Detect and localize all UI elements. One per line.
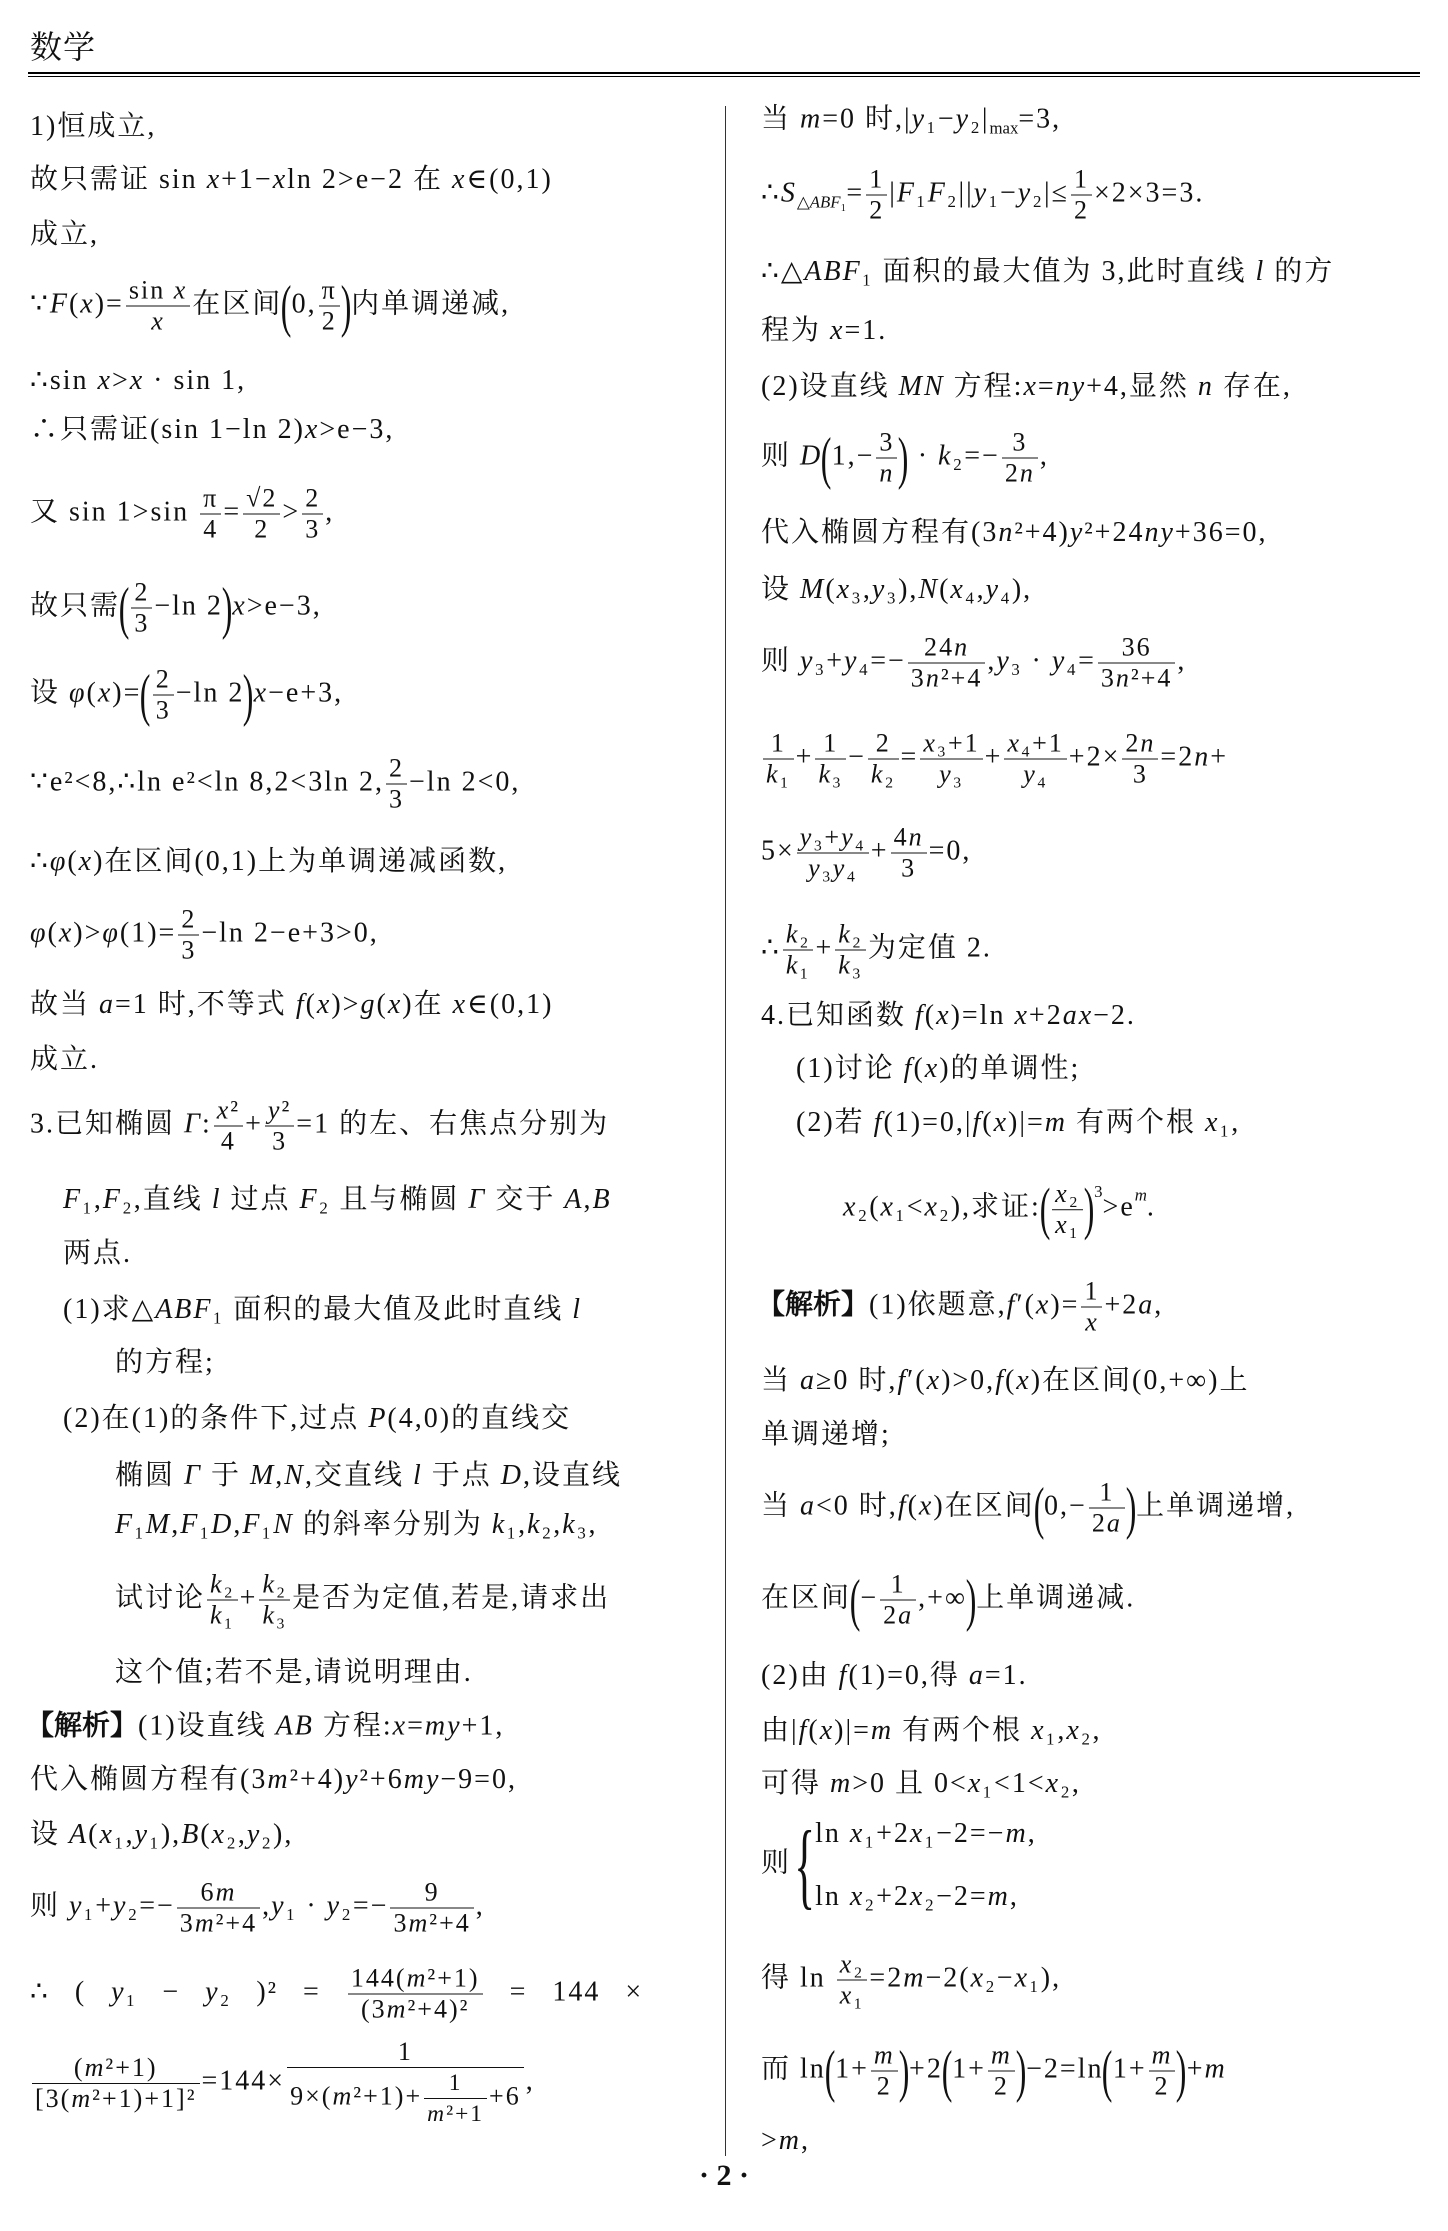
big-paren: ) <box>1084 1180 1096 1238</box>
fraction: m2 <box>1149 2041 1176 2102</box>
solution-line: 代入椭圆方程有(3m²+4)y²+6my−9=0, <box>30 1760 517 1800</box>
problem-4-part-1: (1)讨论 f(x)的单调性; <box>796 1049 1080 1089</box>
fraction: √22 <box>243 484 280 545</box>
text-run: , <box>1177 645 1186 676</box>
problem-3-part-2: 这个值;若不是,请说明理由. <box>115 1653 473 1693</box>
solution-line: 故只需(23−ln 2)x>e−3, <box>30 578 322 639</box>
fraction: 2k₂ <box>868 729 899 790</box>
text-run: , <box>1040 440 1049 471</box>
text-run: 则 y₃+y₄=− <box>761 645 906 676</box>
text-run: = 144 × <box>510 1976 644 2007</box>
fraction: x²4 <box>214 1096 243 1157</box>
big-paren: ) <box>1176 2042 1188 2100</box>
text-run: 由|f(x)|=m 有两个根 x₁,x₂, <box>761 1715 1102 1746</box>
fraction: 12a <box>880 1570 916 1631</box>
big-paren: ( <box>281 277 293 335</box>
text-run: 设 φ(x)= <box>30 677 141 708</box>
solution-line: 单调递增; <box>761 1415 891 1455</box>
fraction: sin xx <box>126 276 190 337</box>
numerator: 2 <box>131 578 152 609</box>
text-run: =144× <box>202 2065 286 2096</box>
column-divider <box>725 106 726 2156</box>
problem-4-part-2: (2)若 f(1)=0,|f(x)|=m 有两个根 x₁, <box>796 1103 1240 1143</box>
big-paren: ( <box>119 579 131 637</box>
text-run: 当 m=0 时,|y₁−y₂| <box>761 104 989 135</box>
problem-3-stem: F₁,F₂,直线 l 过点 F₂ 且与椭圆 Γ 交于 A,B <box>63 1180 612 1220</box>
solution-line: 则 y₁+y₂=−6m3m²+4,y₁ · y₂=−93m²+4, <box>30 1878 485 1939</box>
denominator: 3 <box>178 936 199 966</box>
text-run: 两点. <box>63 1238 132 1269</box>
solution-line: 当 a≥0 时,f′(x)>0,f(x)在区间(0,+∞)上 <box>761 1361 1249 1401</box>
fraction: 23 <box>153 665 174 726</box>
text-run: 1,− <box>832 440 875 471</box>
text-run: −ln 2 <box>176 677 245 708</box>
big-paren: ) <box>966 1571 978 1629</box>
denominator: 2a <box>1089 1509 1125 1539</box>
text-run: φ(x)>φ(1)= <box>30 917 176 948</box>
text-run: 椭圆 Γ 于 M,N,交直线 l 于点 D,设直线 <box>115 1460 622 1491</box>
fraction: 1k₁ <box>763 729 794 790</box>
analysis-line: 【解析】(1)设直线 AB 方程:x=my+1, <box>26 1706 504 1747</box>
text-run: ,y₃ · y₄= <box>987 645 1096 676</box>
text-run: 内单调递减, <box>351 288 510 319</box>
denominator: 2 <box>866 196 887 226</box>
numerator: 1 <box>866 165 887 196</box>
text-run: 设 M(x₃,y₃),N(x₄,y₄), <box>761 574 1032 605</box>
problem-3-part-1: 的方程; <box>115 1343 215 1383</box>
text-run: ∴φ(x)在区间(0,1)上为单调递减函数, <box>30 846 507 877</box>
text-run: 0,− <box>1044 1490 1087 1521</box>
solution-line: 设 A(x₁,y₁),B(x₂,y₂), <box>30 1815 293 1855</box>
numerator: k₂ <box>783 920 814 951</box>
numerator: x₂ <box>837 1950 868 1981</box>
text-run: 1+ <box>1113 2053 1147 2084</box>
text-run: 又 sin 1>sin <box>30 496 198 527</box>
big-paren: ( <box>140 666 152 724</box>
text-run: 可得 m>0 且 0<x₁<1<x₂, <box>761 1768 1081 1799</box>
text-run: =0, <box>929 835 972 866</box>
denominator: 3 <box>1122 760 1158 790</box>
text-run: 故当 a=1 时,不等式 f(x)>g(x)在 x∈(0,1) <box>30 989 553 1020</box>
header-rule-thin <box>28 76 1420 77</box>
big-paren: ( <box>942 2042 954 2100</box>
solution-line: 又 sin 1>sin π4=√22>23, <box>30 484 334 545</box>
fraction: 2n3 <box>1122 729 1158 790</box>
denominator: k₁ <box>783 951 814 981</box>
numerator: 1 <box>815 729 846 760</box>
numerator: (m²+1) <box>32 2053 200 2084</box>
solution-line: 设 M(x₃,y₃),N(x₄,y₄), <box>761 570 1032 610</box>
denominator: k₃ <box>835 951 866 981</box>
numerator: √2 <box>243 484 280 515</box>
fraction: 23 <box>302 484 323 545</box>
denominator: 3 <box>386 785 407 815</box>
big-paren: ) <box>1126 1479 1138 1537</box>
solution-line: >m, <box>761 2121 810 2161</box>
solution-line: ∴ ( y₁ − y₂ )² = 144(m²+1)(3m²+4)² = 144… <box>30 1964 643 2025</box>
denominator: 9×(m²+1)+1m²+1+6 <box>287 2068 524 2129</box>
solution-line: ∵F(x)=sin xx在区间(0,π2)内单调递减, <box>30 276 510 337</box>
numerator: x² <box>214 1096 243 1127</box>
fraction: k₂k₃ <box>835 920 866 981</box>
header-rule-thick <box>28 72 1420 74</box>
text-run: +6 <box>489 2081 521 2110</box>
numerator: 6m <box>177 1878 260 1909</box>
text-run: (2)设直线 MN 方程:x=ny+4,显然 n 存在, <box>761 371 1292 402</box>
text-run: (1)讨论 f(x)的单调性; <box>796 1053 1080 1084</box>
denominator: 4 <box>214 1127 243 1157</box>
text-run: 在区间 <box>761 1582 851 1613</box>
text-run: , <box>526 2065 535 2096</box>
text-run: ×2×3=3. <box>1094 177 1204 208</box>
solution-line: φ(x)>φ(1)=23−ln 2−e+3>0, <box>30 905 379 966</box>
text-run: 5× <box>761 835 795 866</box>
solution-line: ∴S△ABF₁=12|F₁F₂||y₁−y₂|≤12×2×3=3. <box>761 165 1204 226</box>
big-paren: ( <box>1102 2042 1114 2100</box>
solution-line: 成立, <box>30 215 99 255</box>
left-brace: { <box>794 1817 816 1913</box>
subject-title: 数学 <box>30 22 96 68</box>
text-run: + <box>240 1582 258 1613</box>
nested-fraction: 1m²+1 <box>424 2068 487 2129</box>
text-run: ∴△ABF₁ 面积的最大值为 3,此时直线 l 的方 <box>761 256 1334 287</box>
big-paren: ( <box>1033 1479 1045 1537</box>
text-run: ,y₁ · y₂=− <box>262 1890 388 1921</box>
text-run: 1+ <box>952 2053 986 2084</box>
text-run: 上单调递增, <box>1136 1490 1295 1521</box>
big-paren: ) <box>222 579 234 637</box>
analysis-label: 【解析】 <box>26 1709 138 1742</box>
text-run: +2 <box>909 2053 943 2084</box>
text-run: 为定值 2. <box>868 932 992 963</box>
numerator: 2 <box>153 665 174 696</box>
big-paren: ) <box>898 429 910 487</box>
text-run: 1)恒成立, <box>30 111 156 142</box>
text-run: 当 a<0 时,f(x)在区间 <box>761 1490 1035 1521</box>
solution-line: 故当 a=1 时,不等式 f(x)>g(x)在 x∈(0,1) <box>30 985 553 1025</box>
numerator: 2 <box>868 729 899 760</box>
text-run: +2× <box>1069 741 1121 772</box>
fraction: x₂x₁ <box>837 1950 868 2011</box>
numerator: sin x <box>126 276 190 307</box>
text-run: 代入椭圆方程有(3n²+4)y²+24ny+36=0, <box>761 517 1268 548</box>
text-run: 故只需 <box>30 590 120 621</box>
fraction: 1k₃ <box>815 729 846 790</box>
denominator: x <box>126 307 190 337</box>
denominator: k₁ <box>763 760 794 790</box>
denominator: y₃ <box>920 760 982 790</box>
fraction: 1x <box>1081 1277 1102 1338</box>
text-run: ∴ <box>761 932 781 963</box>
solution-line: 在区间(−12a,+∞)上单调递减. <box>761 1570 1135 1631</box>
solution-line: 5×y₃+y₄y₃y₄+4n3=0, <box>761 823 971 884</box>
fraction: k₂k₁ <box>783 920 814 981</box>
denominator: 3n²+4 <box>908 664 986 694</box>
text-run: · k₂=− <box>909 440 1000 471</box>
numerator: 1 <box>880 1570 916 1601</box>
text-run: 程为 x=1. <box>761 315 887 346</box>
solution-line: ∴只需证(sin 1−ln 2)x>e−3, <box>30 410 394 450</box>
text-run: 则 <box>761 1847 791 1878</box>
denominator: n <box>876 459 897 489</box>
text-run: 在区间 <box>192 288 282 319</box>
numerator: 3 <box>1002 428 1038 459</box>
numerator: y² <box>265 1096 294 1127</box>
denominator: x₁ <box>837 1981 868 2011</box>
fraction: 93m²+4 <box>390 1878 473 1939</box>
big-paren: ( <box>850 1571 862 1629</box>
text-run: ,+∞ <box>918 1582 967 1613</box>
numerator: 2 <box>386 754 407 785</box>
fraction: 12 <box>1071 165 1092 226</box>
fraction: (m²+1)[3(m²+1)+1]² <box>32 2053 200 2114</box>
fraction: 23 <box>131 578 152 639</box>
fraction: m2 <box>871 2041 898 2102</box>
text-run: x₂(x₁<x₂),求证: <box>843 1192 1041 1223</box>
subscript: △ABF₁ <box>797 192 847 211</box>
fraction: 24n3n²+4 <box>908 633 986 694</box>
text-run: − <box>860 1582 878 1613</box>
text-run: + <box>871 835 889 866</box>
text-run: 而 ln <box>761 2053 826 2084</box>
solution-line: 则 y₃+y₄=−24n3n²+4,y₃ · y₄=363n²+4, <box>761 633 1186 694</box>
text-run: 3.已知椭圆 Γ: <box>30 1108 212 1139</box>
numerator: x₄+1 <box>1004 729 1066 760</box>
denominator: 2 <box>1149 2072 1176 2102</box>
solution-line: ∴k₂k₁+k₂k₃为定值 2. <box>761 920 992 981</box>
denominator: 2 <box>1071 196 1092 226</box>
text-run: >e <box>1103 1192 1135 1223</box>
problem-3-stem: 3.已知椭圆 Γ:x²4+y²3=1 的左、右焦点分别为 <box>30 1096 609 1157</box>
solution-line: ∴sin x>x · sin 1, <box>30 361 246 401</box>
text-run: =2n+ <box>1160 741 1228 772</box>
text-run: −ln 2 <box>154 590 223 621</box>
solution-line: 可得 m>0 且 0<x₁<1<x₂, <box>761 1764 1081 1804</box>
denominator: k₃ <box>815 760 846 790</box>
numerator: m <box>1149 2041 1176 2072</box>
text-run: + <box>985 741 1003 772</box>
solution-line: 由|f(x)|=m 有两个根 x₁,x₂, <box>761 1711 1102 1751</box>
text-run: . <box>1147 1192 1156 1223</box>
fraction: x₂x₁ <box>1052 1179 1083 1240</box>
problem-3-part-2: 试讨论k₂k₁+k₂k₃是否为定值,若是,请求出 <box>115 1570 610 1631</box>
solution-line: ∴△ABF₁ 面积的最大值为 3,此时直线 l 的方 <box>761 252 1334 292</box>
problem-3-part-2: 椭圆 Γ 于 M,N,交直线 l 于点 D,设直线 <box>115 1456 622 1496</box>
numerator: π <box>200 484 221 515</box>
numerator: 144(m²+1) <box>348 1964 483 1995</box>
text-run: 则 D <box>761 440 822 471</box>
solution-line: 1)恒成立, <box>30 107 156 147</box>
numerator: x₃+1 <box>920 729 982 760</box>
problem-4-stem: 4.已知函数 f(x)=ln x+2ax−2. <box>761 996 1136 1036</box>
fraction: k₂k₃ <box>259 1570 290 1631</box>
numerator: y₃+y₄ <box>797 823 869 854</box>
denominator: (3m²+4)² <box>348 1995 483 2025</box>
fraction: 12 <box>866 165 887 226</box>
numerator: 2 <box>302 484 323 515</box>
solution-line: 程为 x=1. <box>761 311 887 351</box>
text-run: − <box>848 741 866 772</box>
denominator: 3n²+4 <box>1098 664 1176 694</box>
denominator: y₃y₄ <box>797 854 869 884</box>
text-run: + <box>796 741 814 772</box>
denominator: x₁ <box>1052 1210 1083 1240</box>
text-run: 1+ <box>835 2053 869 2084</box>
equation-system: ln x₁+2x₁−2=−m,ln x₂+2x₂−2=m, <box>815 1802 1037 1928</box>
problem-4-part-2: x₂(x₁<x₂),求证:(x₂x₁)3>em. <box>843 1172 1156 1240</box>
numerator: 9 <box>390 1878 473 1909</box>
fraction: 4n3 <box>891 823 927 884</box>
text-run: + <box>245 1108 263 1139</box>
solution-line: (2)设直线 MN 方程:x=ny+4,显然 n 存在, <box>761 367 1292 407</box>
denominator: x <box>1081 1308 1102 1338</box>
text-run: (1)依题意,f′(x)= <box>869 1289 1079 1320</box>
text-run: 这个值;若不是,请说明理由. <box>115 1657 473 1688</box>
denominator: 3 <box>265 1127 294 1157</box>
big-paren: ( <box>1040 1180 1052 1238</box>
fraction: π2 <box>319 276 340 337</box>
text-run: ∴只需证(sin 1−ln 2)x>e−3, <box>30 414 394 445</box>
text-run: 当 a≥0 时,f′(x)>0,f(x)在区间(0,+∞)上 <box>761 1365 1249 1396</box>
solution-line: 设 φ(x)=(23−ln 2)x−e+3, <box>30 665 343 726</box>
text-run: =3, <box>1018 104 1061 135</box>
numerator: 4n <box>891 823 927 854</box>
problem-3-part-2: F₁M,F₁D,F₁N 的斜率分别为 k₁,k₂,k₃, <box>115 1505 598 1545</box>
solution-line: ∴φ(x)在区间(0,1)上为单调递减函数, <box>30 842 507 882</box>
fraction: 144(m²+1)(3m²+4)² <box>348 1964 483 2025</box>
solution-line: 得 ln x₂x₁=2m−2(x₂−x₁), <box>761 1950 1061 2011</box>
numerator: k₂ <box>259 1570 290 1601</box>
page-number: · 2 · <box>0 2159 1448 2193</box>
denominator: 3m²+4 <box>177 1909 260 1939</box>
numerator: 24n <box>908 633 986 664</box>
denominator: 2 <box>243 515 280 545</box>
fraction: 3n <box>876 428 897 489</box>
text-run: (1)设直线 AB 方程:x=my+1, <box>138 1711 504 1742</box>
text-run: =1 的左、右焦点分别为 <box>296 1108 609 1139</box>
fraction: 23 <box>178 905 199 966</box>
denominator: m²+1 <box>424 2099 487 2129</box>
numerator: k₂ <box>207 1570 238 1601</box>
text-run: 的方程; <box>115 1347 215 1378</box>
text-run: = <box>901 741 919 772</box>
analysis-label: 【解析】 <box>757 1287 869 1320</box>
text-run: 上单调递减. <box>976 1582 1135 1613</box>
denominator: 3 <box>302 515 323 545</box>
text-run: 9×(m²+1)+ <box>290 2081 422 2110</box>
problem-3-part-2: (2)在(1)的条件下,过点 P(4,0)的直线交 <box>63 1399 571 1439</box>
text-run: , <box>476 1890 485 1921</box>
text-run: +2a, <box>1104 1289 1163 1320</box>
text-run: 故只需证 sin x+1−xln 2>e−2 在 x∈(0,1) <box>30 164 553 195</box>
big-paren: ) <box>341 277 353 335</box>
text-run: 则 y₁+y₂=− <box>30 1890 175 1921</box>
subscript: max <box>989 118 1018 137</box>
fraction: 12a <box>1089 1478 1125 1539</box>
text-run: |F₁F₂||y₁−y₂|≤ <box>889 177 1069 208</box>
denominator: 2n <box>1002 459 1038 489</box>
numerator: 3 <box>876 428 897 459</box>
fraction: 6m3m²+4 <box>177 1878 260 1939</box>
fraction: x₄+1y₄ <box>1004 729 1066 790</box>
fraction: 32n <box>1002 428 1038 489</box>
big-paren: ) <box>899 2042 911 2100</box>
numerator: x₂ <box>1052 1179 1083 1210</box>
denominator: k₂ <box>868 760 899 790</box>
text-run: 4.已知函数 f(x)=ln x+2ax−2. <box>761 1000 1136 1031</box>
solution-line: 代入椭圆方程有(3n²+4)y²+24ny+36=0, <box>761 513 1268 553</box>
text-run: −ln 2<0, <box>409 766 520 797</box>
text-run: ∴sin x>x · sin 1, <box>30 365 246 396</box>
denominator: 3 <box>891 854 927 884</box>
fraction: π4 <box>200 484 221 545</box>
text-run: F₁,F₂,直线 l 过点 F₂ 且与椭圆 Γ 交于 A,B <box>63 1184 612 1215</box>
denominator: 2a <box>880 1601 916 1631</box>
text-run: 得 ln <box>761 1962 835 1993</box>
fraction: k₂k₁ <box>207 1570 238 1631</box>
denominator: 4 <box>200 515 221 545</box>
numerator: m <box>871 2041 898 2072</box>
text-run: (2)由 f(1)=0,得 a=1. <box>761 1660 1028 1691</box>
text-run: (2)在(1)的条件下,过点 P(4,0)的直线交 <box>63 1403 571 1434</box>
numerator: 1 <box>1081 1277 1102 1308</box>
numerator: k₂ <box>835 920 866 951</box>
text-run: = <box>846 177 864 208</box>
denominator: 2 <box>319 307 340 337</box>
text-run: +m <box>1187 2053 1227 2084</box>
fraction: y₃+y₄y₃y₄ <box>797 823 869 884</box>
text-run: 是否为定值,若是,请求出 <box>292 1582 610 1613</box>
numerator: π <box>319 276 340 307</box>
numerator: 2n <box>1122 729 1158 760</box>
numerator: 1 <box>1071 165 1092 196</box>
text-run: >m, <box>761 2125 810 2156</box>
solution-line: 故只需证 sin x+1−xln 2>e−2 在 x∈(0,1) <box>30 160 553 200</box>
denominator: 3 <box>131 609 152 639</box>
text-run: + <box>815 932 833 963</box>
numerator: 1 <box>763 729 794 760</box>
fraction: 363n²+4 <box>1098 633 1176 694</box>
text-run: , <box>325 496 334 527</box>
equation-row: ln x₂+2x₂−2=m, <box>815 1865 1037 1928</box>
denominator: y₄ <box>1004 760 1066 790</box>
denominator: [3(m²+1)+1]² <box>32 2084 200 2114</box>
big-paren: ( <box>825 2042 837 2100</box>
fraction: m2 <box>988 2041 1015 2102</box>
big-paren: ) <box>243 666 255 724</box>
numerator: 1 <box>424 2068 487 2099</box>
big-paren: ( <box>821 429 833 487</box>
numerator: 1 <box>287 2037 524 2068</box>
text-run: =2m−2(x₂−x₁), <box>869 1962 1061 1993</box>
solution-line: (m²+1)[3(m²+1)+1]²=144×19×(m²+1)+1m²+1+6… <box>30 2037 535 2129</box>
solution-line: 而 ln(1+m2)+2(1+m2)−2=ln(1+m2)+m <box>761 2041 1227 2102</box>
text-run: = <box>223 496 241 527</box>
text-run: ∵F(x)= <box>30 288 124 319</box>
text-run: 成立. <box>30 1044 99 1075</box>
denominator: 2 <box>988 2072 1015 2102</box>
numerator: 2 <box>178 905 199 936</box>
text-run: (1)求△ABF₁ 面积的最大值及此时直线 l <box>63 1294 582 1325</box>
text-run: x−e+3, <box>254 677 343 708</box>
analysis-line: 【解析】(1)依题意,f′(x)=1x+2a, <box>757 1277 1163 1338</box>
solution-line: 成立. <box>30 1040 99 1080</box>
denominator: 2 <box>871 2072 898 2102</box>
solution-line: (2)由 f(1)=0,得 a=1. <box>761 1656 1028 1696</box>
text-run: 试讨论 <box>115 1582 205 1613</box>
denominator: k₃ <box>259 1601 290 1631</box>
text-run: 单调递增; <box>761 1419 891 1450</box>
